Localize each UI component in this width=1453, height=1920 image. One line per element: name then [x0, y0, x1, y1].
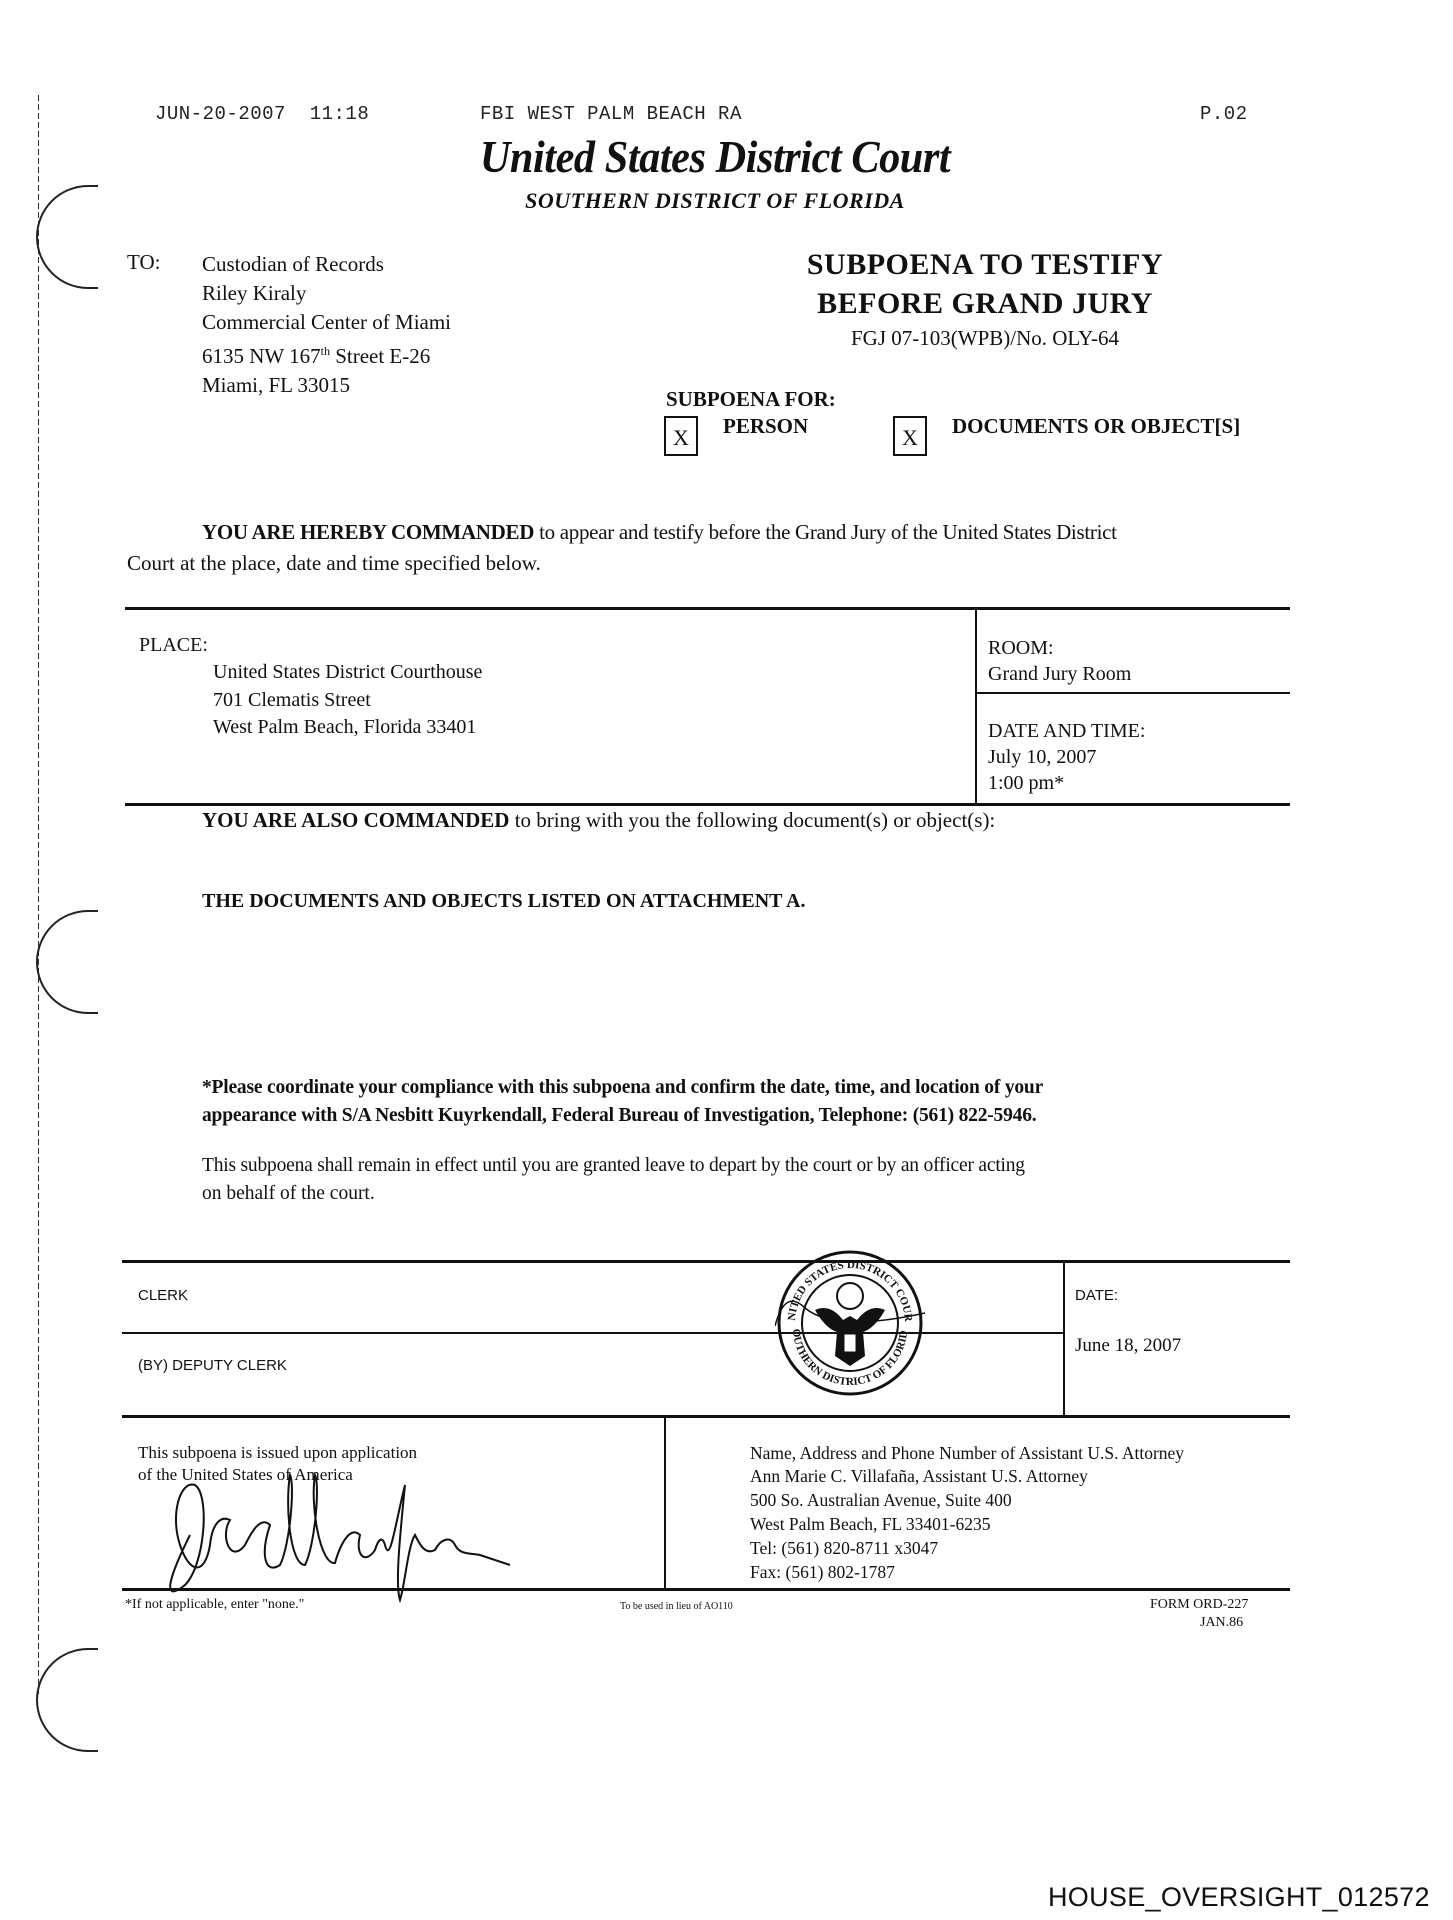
- command-lead: YOU ARE HEREBY COMMANDED: [202, 520, 534, 544]
- to-label: TO:: [127, 250, 160, 275]
- date-time-label: DATE AND TIME:: [988, 720, 1145, 743]
- attorney-line: West Palm Beach, FL 33401-6235: [750, 1514, 990, 1535]
- fax-page: P.02: [1200, 103, 1248, 125]
- checkbox-documents[interactable]: X: [893, 416, 927, 456]
- hole-punch-mark: [36, 910, 98, 1014]
- attorney-line: Ann Marie C. Villafaña, Assistant U.S. A…: [750, 1466, 1088, 1487]
- clerk-date-label: DATE:: [1075, 1287, 1118, 1304]
- fax-datetime: JUN-20-2007 11:18: [155, 103, 369, 125]
- table-bottom-border: [125, 803, 1290, 806]
- recipient-line: Miami, FL 33015: [202, 371, 451, 400]
- attachment-text: THE DOCUMENTS AND OBJECTS LISTED ON ATTA…: [202, 890, 805, 913]
- clerk-date-divider: [1063, 1262, 1065, 1417]
- command-paragraph-line1: YOU ARE HEREBY COMMANDED to appear and t…: [202, 520, 1117, 545]
- clerk-label: CLERK: [138, 1287, 188, 1304]
- option-person-label: PERSON: [723, 414, 808, 439]
- court-seal-icon: UNITED STATES DISTRICT COURT SOUTHERN DI…: [775, 1248, 925, 1398]
- coordination-note-line2: appearance with S/A Nesbitt Kuyrkendall,…: [202, 1105, 1036, 1127]
- form-use-note: To be used in lieu of AO110: [620, 1601, 733, 1612]
- coordination-note-line1: *Please coordinate your compliance with …: [202, 1077, 1043, 1099]
- deputy-clerk-label: (BY) DEPUTY CLERK: [138, 1357, 287, 1374]
- subpoena-title-line2: BEFORE GRAND JURY: [760, 287, 1210, 321]
- recipient-line: Custodian of Records: [202, 250, 451, 279]
- clerk-table-top-border: [122, 1260, 1290, 1263]
- room-divider: [976, 692, 1290, 694]
- svg-text:UNITED STATES DISTRICT COURT: UNITED STATES DISTRICT COURT: [775, 1248, 914, 1323]
- place-line: 701 Clematis Street: [213, 689, 371, 712]
- form-date: JAN.86: [1200, 1615, 1243, 1631]
- recipient-line: Commercial Center of Miami: [202, 308, 451, 337]
- table-top-border: [125, 607, 1290, 610]
- time-value: 1:00 pm*: [988, 772, 1064, 795]
- bates-number: HOUSE_OVERSIGHT_012572: [1048, 1882, 1430, 1913]
- recipient-address: Custodian of Records Riley Kiraly Commer…: [202, 250, 451, 400]
- place-line: United States District Courthouse: [213, 661, 482, 684]
- attorney-signature: [150, 1425, 610, 1605]
- court-district: SOUTHERN DISTRICT OF FLORIDA: [0, 188, 1430, 214]
- option-documents-label: DOCUMENTS OR OBJECT[S]: [952, 414, 1240, 439]
- application-divider: [664, 1417, 666, 1590]
- effect-note-line2: on behalf of the court.: [202, 1183, 375, 1205]
- not-applicable-note: *If not applicable, enter "none.": [125, 1597, 304, 1613]
- clerk-table-bottom-border: [122, 1415, 1290, 1418]
- form-number: FORM ORD-227: [1150, 1597, 1248, 1613]
- room-label: ROOM:: [988, 637, 1054, 660]
- clerk-date-value: June 18, 2007: [1075, 1335, 1181, 1357]
- attorney-line: 500 So. Australian Avenue, Suite 400: [750, 1490, 1012, 1511]
- recipient-line: 6135 NW 167th Street E-26: [202, 337, 451, 371]
- recipient-line: Riley Kiraly: [202, 279, 451, 308]
- place-label: PLACE:: [139, 634, 208, 657]
- effect-note-line1: This subpoena shall remain in effect unt…: [202, 1155, 1025, 1177]
- margin-scan-line: [38, 95, 39, 1695]
- attorney-heading: Name, Address and Phone Number of Assist…: [750, 1443, 1184, 1464]
- checkbox-person[interactable]: X: [664, 416, 698, 456]
- attorney-fax: Fax: (561) 802-1787: [750, 1562, 895, 1583]
- fax-sender: FBI WEST PALM BEACH RA: [480, 103, 742, 125]
- subpoena-for-label: SUBPOENA FOR:: [666, 387, 836, 412]
- room-value: Grand Jury Room: [988, 663, 1131, 686]
- also-commanded: YOU ARE ALSO COMMANDED to bring with you…: [202, 808, 995, 833]
- subpoena-title-line1: SUBPOENA TO TESTIFY: [760, 248, 1210, 282]
- case-number: FGJ 07-103(WPB)/No. OLY-64: [760, 326, 1210, 351]
- court-title: United States District Court: [57, 130, 1373, 183]
- date-value: July 10, 2007: [988, 746, 1096, 769]
- place-line: West Palm Beach, Florida 33401: [213, 716, 476, 739]
- hole-punch-mark: [36, 1648, 98, 1752]
- command-paragraph-line2: Court at the place, date and time specif…: [127, 551, 541, 576]
- table-column-divider: [975, 609, 977, 805]
- attorney-phone: Tel: (561) 820-8711 x3047: [750, 1538, 938, 1559]
